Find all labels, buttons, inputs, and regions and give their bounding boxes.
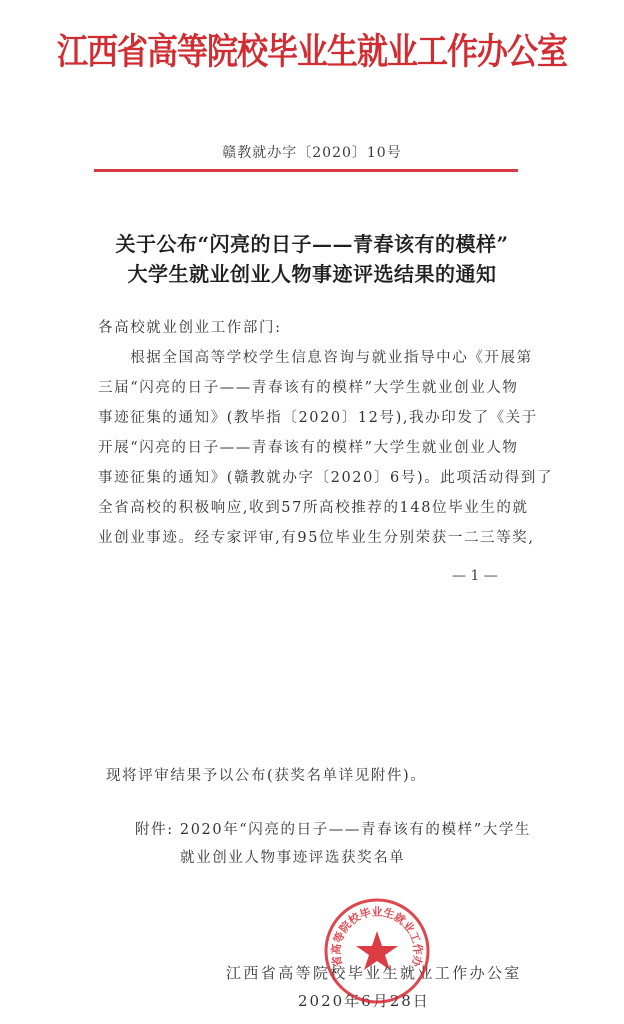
organization-letterhead: 江西省高等院校毕业生就业工作办公室 [0,22,624,74]
body-paragraph-line: 全省高校的积极响应,收到57所高校推荐的148位毕业生的就 [98,496,529,517]
continuation-line: 现将评审结果予以公布(获奖名单详见附件)。 [106,764,426,785]
body-paragraph-line: 业创业事迹。经专家评审,有95位毕业生分别荣获一二三等奖, [98,526,535,547]
body-paragraph-line: 事迹征集的通知》(教毕指〔2020〕12号),我办印发了《关于 [98,406,538,427]
official-seal-icon: 江西省高等院校毕业生就业工作办公室 [323,897,431,1005]
body-paragraph-line: 事迹征集的通知》(赣教就办字〔2020〕6号)。此项活动得到了 [98,466,553,487]
salutation: 各高校就业创业工作部门: [98,316,282,337]
attachment-line-1: 附件: 2020年“闪亮的日子——青春该有的模样”大学生 [135,818,531,839]
body-paragraph-line: 根据全国高等学校学生信息咨询与就业指导中心《开展第 [98,346,533,367]
document-number: 赣教就办字〔2020〕10号 [0,142,624,162]
body-paragraph-line: 三届“闪亮的日子——青春该有的模样”大学生就业创业人物 [98,376,519,397]
body-paragraph-line: 开展“闪亮的日子——青春该有的模样”大学生就业创业人物 [98,436,519,457]
letterhead-divider [94,169,518,172]
notice-title-line-2: 大学生就业创业人物事迹评选结果的通知 [0,258,624,287]
page-number: — 1 — [452,568,498,584]
notice-title-line-1: 关于公布“闪亮的日子——青春该有的模样” [0,228,624,257]
attachment-line-2: 就业创业人物事迹评选获奖名单 [180,846,405,867]
